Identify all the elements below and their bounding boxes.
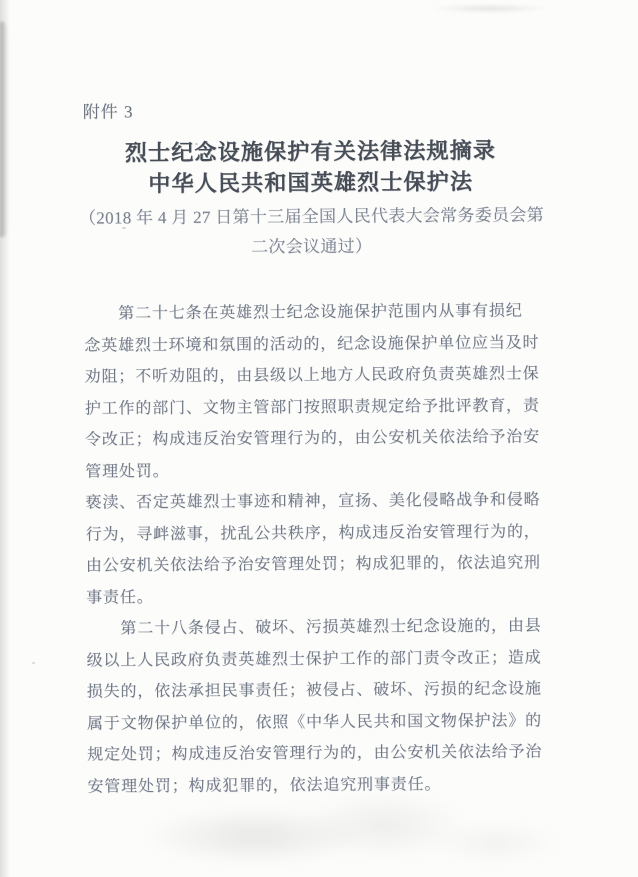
body-text-line: 劝阻；不听劝阻的，由县级以上地方人民政府负责英雄烈士保 — [84, 358, 542, 393]
body-text-line: 念英雄烈士环境和氛围的活动的，纪念设施保护单位应当及时 — [84, 327, 542, 362]
body-text-line: 第二十八条侵占、破坏、污损英雄烈士纪念设施的，由县 — [86, 610, 544, 645]
document-title-line1: 烈士纪念设施保护有关法律法规摘录 — [83, 134, 538, 168]
document-title: 烈士纪念设施保护有关法律法规摘录 中华人民共和国英雄烈士保护法 — [83, 134, 538, 199]
body-text-line: 令改正；构成违反治安管理行为的，由公安机关依法给予治安 — [85, 421, 543, 456]
body-text-line: 由公安机关依法给予治安管理处罚；构成犯罪的，依法追究刑 — [86, 547, 544, 582]
body-text-line: 第二十七条在英雄烈士纪念设施保护范围内从事有损纪 — [84, 295, 542, 330]
document-title-line2: 中华人民共和国英雄烈士保护法 — [83, 165, 538, 199]
body-text-line: 行为，寻衅滋事，扰乱公共秩序，构成违反治安管理行为的， — [86, 516, 544, 551]
adoption-note-line2: 二次会议通过） — [62, 230, 562, 263]
body-text-line: 属于文物保护单位的，依照《中华人民共和国文物保护法》的 — [87, 705, 545, 740]
body-text-line: 安管理处罚；构成犯罪的，依法追究刑事责任。 — [87, 768, 545, 803]
adoption-note: （2018 年 4 月 27 日第十三届全国人民代表大会常务委员会第 二次会议通… — [61, 200, 561, 263]
body-text-line: 规定处罚；构成违反治安管理行为的，由公安机关依法给予治 — [87, 736, 545, 771]
document-body: 第二十七条在英雄烈士纪念设施保护范围内从事有损纪念英雄烈士环境和氛围的活动的，纪… — [84, 295, 546, 802]
document-content: 附件 3 烈士纪念设施保护有关法律法规摘录 中华人民共和国英雄烈士保护法 （20… — [0, 0, 638, 877]
body-text-line: 管理处罚。 — [85, 453, 543, 488]
adoption-note-line1: （2018 年 4 月 27 日第十三届全国人民代表大会常务委员会第 — [61, 200, 561, 233]
body-text-line: 事责任。 — [86, 579, 544, 614]
body-text-line: 级以上人民政府负责英雄烈士保护工作的部门责令改正；造成 — [86, 642, 544, 677]
scanned-document-page: 附件 3 烈士纪念设施保护有关法律法规摘录 中华人民共和国英雄烈士保护法 （20… — [0, 0, 638, 877]
body-text-line: 损失的，依法承担民事责任；被侵占、破坏、污损的纪念设施 — [87, 673, 545, 708]
body-text-line: 护工作的部门、文物主管部门按照职责规定给予批评教育，责 — [85, 390, 543, 425]
attachment-number-label: 附件 3 — [83, 101, 134, 123]
body-text-line: 亵渎、否定英雄烈士事迹和精神，宣扬、美化侵略战争和侵略 — [85, 484, 543, 519]
